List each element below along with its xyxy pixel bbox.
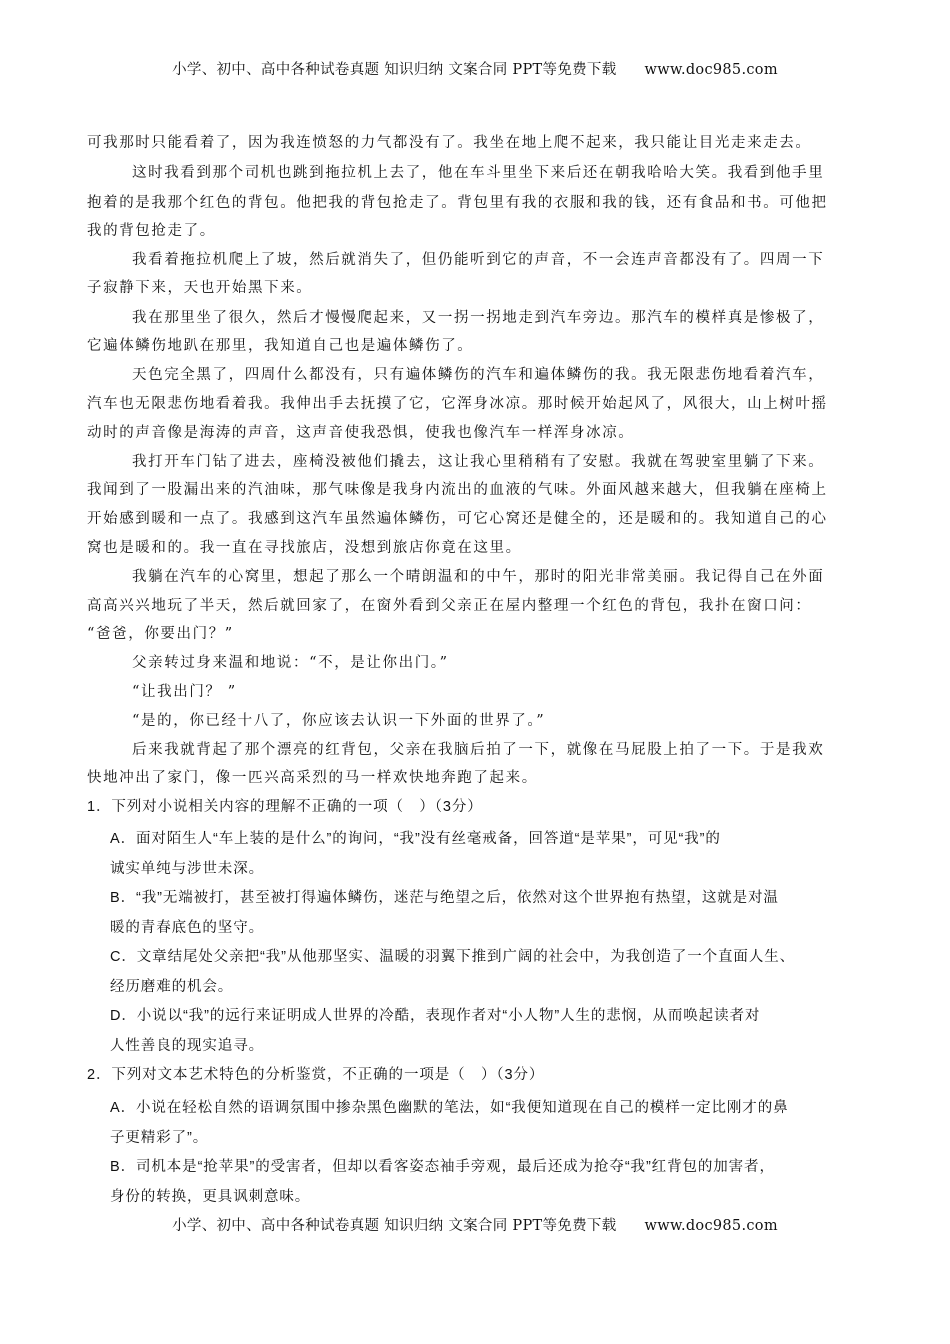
passage-line: 快地冲出了家门，像一匹兴高采烈的马一样欢快地奔跑了起来。: [87, 766, 538, 787]
option-c: C．文章结尾处父亲把“我”从他那坚实、温暖的羽翼下推到广阔的社会中，为我创造了一…: [110, 945, 795, 966]
passage-line: “让我出门？ ”: [132, 680, 237, 701]
passage-line: 我的背包抢走了。: [87, 219, 216, 240]
passage-line: 它遍体鳞伤地趴在那里，我知道自己也是遍体鳞伤了。: [87, 334, 473, 355]
passage-line: 可我那时只能看着了，因为我连愤怒的力气都没有了。我坐在地上爬不起来，我只能让目光…: [87, 131, 812, 152]
footer-url[interactable]: www.doc985.com: [645, 1218, 778, 1234]
option-b-cont: 暖的青春底色的坚守。: [110, 916, 264, 937]
option-a: A．小说在轻松自然的语调氛围中掺杂黑色幽默的笔法，如“我便知道现在自己的模样一定…: [110, 1096, 789, 1117]
option-a: A．面对陌生人“车上装的是什么”的询问，“我”没有丝毫戒备，回答道“是苹果”，可…: [110, 827, 721, 848]
passage-line: 开始感到暖和一点了。我感到这汽车虽然遍体鳞伤，可它心窝还是健全的，还是暖和的。我…: [87, 507, 828, 528]
page-header: 小学、初中、高中各种试卷真题 知识归纳 文案合同 PPT等免费下载www.doc…: [0, 58, 950, 79]
header-text: 小学、初中、高中各种试卷真题 知识归纳 文案合同 PPT等免费下载: [172, 62, 616, 78]
option-a-cont: 子更精彩了”。: [110, 1126, 208, 1147]
passage-line: 这时我看到那个司机也跳到拖拉机上去了，他在车斗里坐下来后还在朝我哈哈大笑。我看到…: [132, 161, 824, 182]
option-a-cont: 诚实单纯与涉世未深。: [110, 857, 264, 878]
passage-line: 抱着的是我那个红色的背包。他把我的背包抢走了。背包里有我的衣服和我的钱，还有食品…: [87, 191, 828, 212]
passage-line: “爸爸，你要出门？”: [87, 622, 234, 643]
passage-line: 汽车也无限悲伤地看着我。我伸出手去抚摸了它，它浑身冰凉。那时候开始起风了，风很大…: [87, 392, 828, 413]
passage-line: 窝也是暖和的。我一直在寻找旅店，没想到旅店你竟在这里。: [87, 536, 522, 557]
passage-line: 天色完全黑了，四周什么都没有，只有遍体鳞伤的汽车和遍体鳞伤的我。我无限悲伤地看着…: [132, 363, 824, 384]
option-b: B．司机本是“抢苹果”的受害者，但却以看客姿态袖手旁观，最后还成为抢夺“我”红背…: [110, 1155, 775, 1176]
passage-line: 我闻到了一股漏出来的汽油味，那气味像是我身内流出的血液的气味。外面风越来越大，但…: [87, 478, 828, 499]
option-b: B．“我”无端被打，甚至被打得遍体鳞伤，迷茫与绝望之后，依然对这个世界抱有热望，…: [110, 886, 779, 907]
question-stem: 1．下列对小说相关内容的理解不正确的一项（ ）（3分）: [87, 795, 483, 816]
passage-line: 我看着拖拉机爬上了坡，然后就消失了，但仍能听到它的声音，不一会连声音都没有了。四…: [132, 248, 824, 269]
option-d: D．小说以“我”的远行来证明成人世界的冷酷，表现作者对“小人物”人生的悲悯，从而…: [110, 1004, 760, 1025]
passage-line: 我打开车门钻了进去，座椅没被他们撬去，这让我心里稍稍有了安慰。我就在驾驶室里躺了…: [132, 450, 824, 471]
header-url[interactable]: www.doc985.com: [645, 62, 778, 78]
passage-line: 我躺在汽车的心窝里，想起了那么一个晴朗温和的中午，那时的阳光非常美丽。我记得自己…: [132, 565, 824, 586]
option-c-cont: 经历磨难的机会。: [110, 975, 233, 996]
passage-line: 高高兴兴地玩了半天，然后就回家了，在窗外看到父亲正在屋内整理一个红色的背包，我扑…: [87, 594, 812, 615]
passage-line: 子寂静下来，天也开始黑下来。: [87, 276, 312, 297]
option-b-cont: 身份的转换，更具讽刺意味。: [110, 1185, 310, 1206]
passage-line: 我在那里坐了很久，然后才慢慢爬起来，又一拐一拐地走到汽车旁边。那汽车的模样真是惨…: [132, 306, 824, 327]
passage-line: 父亲转过身来温和地说：“不，是让你出门。”: [132, 651, 449, 672]
passage-line: 后来我就背起了那个漂亮的红背包，父亲在我脑后拍了一下，就像在马屁股上拍了一下。于…: [132, 738, 824, 759]
page-footer: 小学、初中、高中各种试卷真题 知识归纳 文案合同 PPT等免费下载www.doc…: [0, 1214, 950, 1235]
question-stem: 2．下列对文本艺术特色的分析鉴赏，不正确的一项是（ ）（3分）: [87, 1063, 544, 1084]
passage-line: 动时的声音像是海涛的声音，这声音使我恐惧，使我也像汽车一样浑身冰凉。: [87, 421, 634, 442]
option-d-cont: 人性善良的现实追寻。: [110, 1034, 264, 1055]
footer-text: 小学、初中、高中各种试卷真题 知识归纳 文案合同 PPT等免费下载: [172, 1218, 616, 1234]
passage-line: “是的，你已经十八了，你应该去认识一下外面的世界了。”: [132, 709, 545, 730]
